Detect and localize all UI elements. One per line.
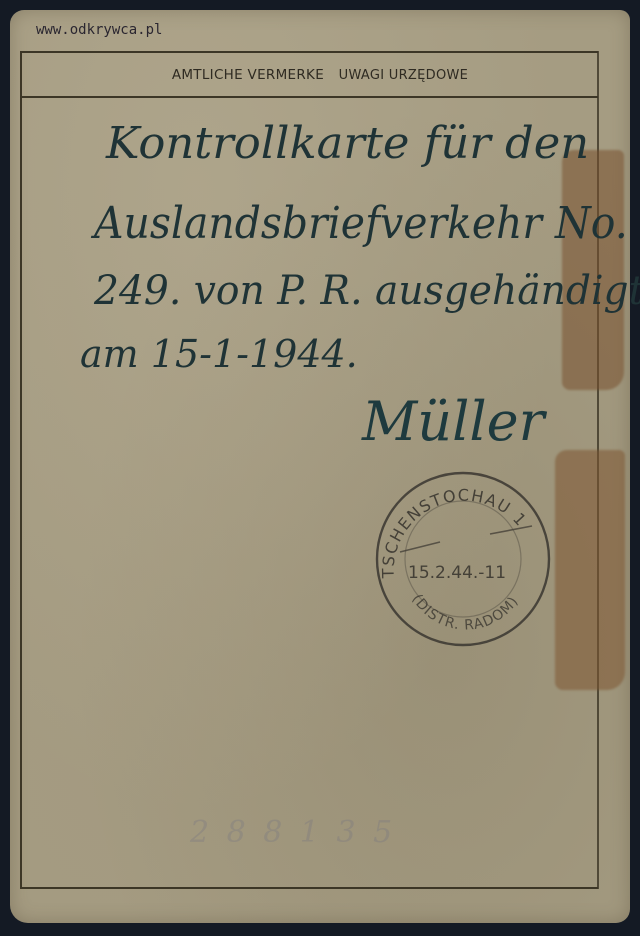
stamp-bottom-text: (DISTR. RADOM) [409, 592, 522, 634]
handwritten-line-3: 249. von P. R. ausgehändigt [94, 268, 640, 314]
header-divider-line [22, 96, 598, 98]
postmark-stamp: TSCHENSTOCHAU 1 15.2.44.-11 (DISTR. RADO… [372, 468, 554, 650]
faint-pencil-note: 2 8 8 1 3 5 [190, 815, 396, 850]
stamp-date: 15.2.44.-11 [408, 563, 506, 583]
header-german: AMTLICHE VERMERKE [172, 67, 324, 83]
tape-stain-bottom [555, 450, 625, 690]
watermark: www.odkrywca.pl [36, 22, 162, 38]
signature: Müller [362, 390, 544, 453]
handwritten-line-2: Auslandsbriefverkehr No. [94, 198, 628, 249]
frame-left-line [20, 51, 22, 889]
frame-top-line [22, 51, 598, 53]
frame-bottom-line [22, 887, 598, 889]
handwritten-line-4: am 15-1-1944. [80, 332, 358, 376]
handwritten-line-1: Kontrollkarte für den [106, 118, 589, 169]
header-polish: UWAGI URZĘDOWE [339, 68, 469, 83]
official-notes-header: AMTLICHE VERMERKE UWAGI URZĘDOWE [0, 67, 640, 83]
svg-text:(DISTR. RADOM): (DISTR. RADOM) [409, 592, 522, 634]
